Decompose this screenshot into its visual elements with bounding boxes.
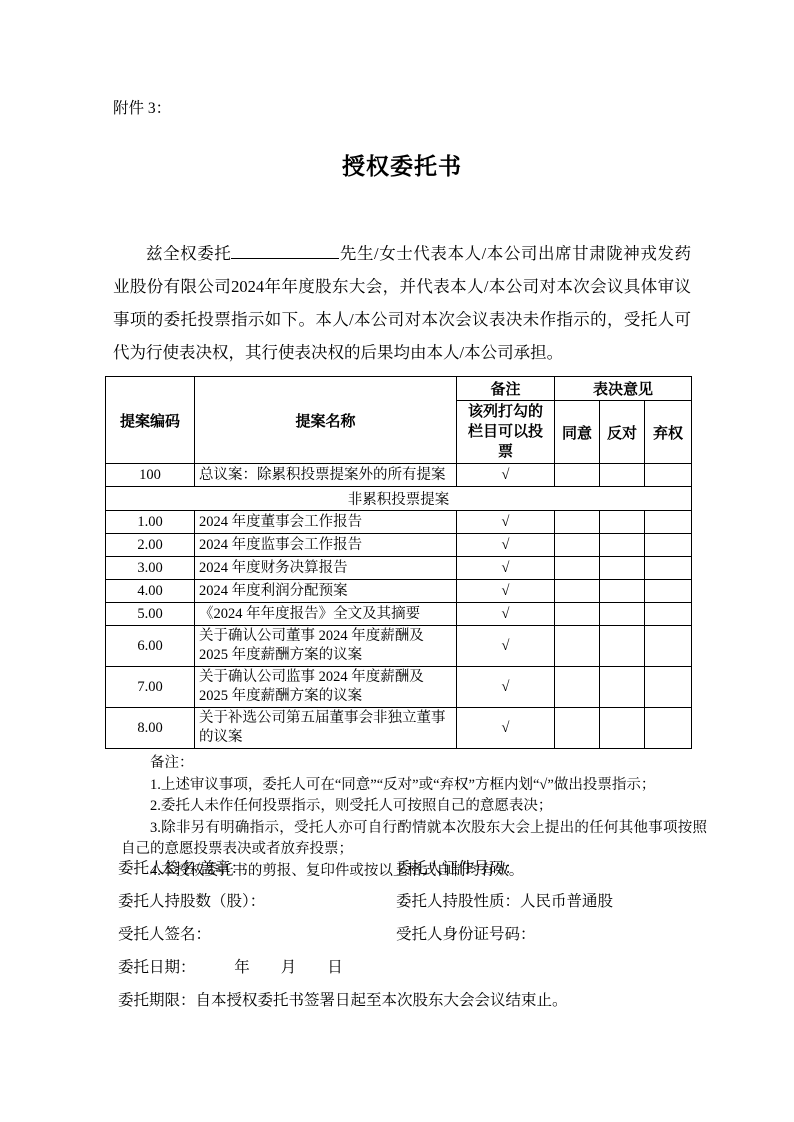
table-row: 5.00 《2024 年年度报告》全文及其摘要 √ <box>106 603 692 626</box>
remark-check-cell: √ <box>457 557 555 580</box>
signature-section: 委托人签名/盖章： 委托人证件号码： 委托人持股数（股）： 委托人持股性质：人民… <box>118 856 718 1021</box>
vote-abstain-cell <box>645 534 692 557</box>
header-proposal-code: 提案编码 <box>106 377 195 464</box>
table-row: 8.00 关于补选公司第五届董事会非独立董事的议案 √ <box>106 708 692 749</box>
vote-oppose-cell <box>600 464 645 487</box>
vote-oppose-cell <box>600 580 645 603</box>
vote-agree-cell <box>555 708 600 749</box>
proposal-code-cell: 3.00 <box>106 557 195 580</box>
proposal-name-cell: 关于确认公司董事 2024 年度薪酬及 2025 年度薪酬方案的议案 <box>195 626 457 667</box>
vote-abstain-cell <box>645 667 692 708</box>
proposal-code-cell: 4.00 <box>106 580 195 603</box>
header-proposal-name: 提案名称 <box>195 377 457 464</box>
header-agree: 同意 <box>555 401 600 464</box>
table-row: 4.00 2024 年度利润分配预案 √ <box>106 580 692 603</box>
proposal-name-cell: 关于补选公司第五届董事会非独立董事的议案 <box>195 708 457 749</box>
signature-row: 受托人签名： 受托人身份证号码： <box>118 922 718 942</box>
vote-abstain-cell <box>645 603 692 626</box>
vote-agree-cell <box>555 511 600 534</box>
table-row: 2.00 2024 年度监事会工作报告 √ <box>106 534 692 557</box>
principal-sign-label: 委托人签名/盖章： <box>118 856 396 876</box>
vote-abstain-cell <box>645 580 692 603</box>
proposal-table: 提案编码 提案名称 备注 表决意见 该列打勾的栏目可以投票 同意 反对 弃权 1… <box>105 376 692 749</box>
vote-abstain-cell <box>645 626 692 667</box>
remark-check-cell: √ <box>457 603 555 626</box>
table-row: 1.00 2024 年度董事会工作报告 √ <box>106 511 692 534</box>
vote-agree-cell <box>555 557 600 580</box>
remark-check-cell: √ <box>457 580 555 603</box>
header-oppose: 反对 <box>600 401 645 464</box>
proposal-name-cell: 2024 年度董事会工作报告 <box>195 511 457 534</box>
proxy-date-label: 委托日期： 年 月 日 <box>118 955 343 975</box>
vote-agree-cell <box>555 580 600 603</box>
header-abstain: 弃权 <box>645 401 692 464</box>
proposal-code-cell: 6.00 <box>106 626 195 667</box>
intro-paragraph: 兹全权委托先生/女士代表本人/本公司出席甘肃陇神戎发药业股份有限公司2024年年… <box>113 237 691 369</box>
proposal-name-cell: 关于确认公司监事 2024 年度薪酬及 2025 年度薪酬方案的议案 <box>195 667 457 708</box>
proposal-code-cell: 100 <box>106 464 195 487</box>
signature-row: 委托人签名/盖章： 委托人证件号码： <box>118 856 718 876</box>
vote-oppose-cell <box>600 667 645 708</box>
proposal-name-cell: 2024 年度监事会工作报告 <box>195 534 457 557</box>
note-item: 1.上述审议事项，委托人可在“同意”“反对”或“弃权”方框内划“√”做出投票指示… <box>121 775 707 797</box>
header-vote-opinion: 表决意见 <box>555 377 692 401</box>
vote-agree-cell <box>555 603 600 626</box>
vote-agree-cell <box>555 534 600 557</box>
trustee-id-label: 受托人身份证号码： <box>396 922 718 942</box>
proposal-code-cell: 1.00 <box>106 511 195 534</box>
vote-abstain-cell <box>645 511 692 534</box>
proposal-code-cell: 2.00 <box>106 534 195 557</box>
trustee-sign-label: 受托人签名： <box>118 922 396 942</box>
principal-share-type-label: 委托人持股性质：人民币普通股 <box>396 889 718 909</box>
note-item: 3.除非另有明确指示，受托人亦可自行酌情就本次股东大会上提出的任何其他事项按照自… <box>121 818 707 861</box>
table-row: 100 总议案：除累积投票提案外的所有提案 √ <box>106 464 692 487</box>
signature-row: 委托期限：自本授权委托书签署日起至本次股东大会会议结束止。 <box>118 988 718 1008</box>
document-body: 附件 3： 授权委托书 兹全权委托先生/女士代表本人/本公司出席甘肃陇神戎发药业… <box>113 96 691 882</box>
remark-check-cell: √ <box>457 464 555 487</box>
signature-row: 委托人持股数（股）： 委托人持股性质：人民币普通股 <box>118 889 718 909</box>
vote-agree-cell <box>555 464 600 487</box>
proposal-code-cell: 7.00 <box>106 667 195 708</box>
vote-abstain-cell <box>645 464 692 487</box>
vote-abstain-cell <box>645 557 692 580</box>
remark-check-cell: √ <box>457 667 555 708</box>
proposal-name-cell: 总议案：除累积投票提案外的所有提案 <box>195 464 457 487</box>
vote-abstain-cell <box>645 708 692 749</box>
intro-lead: 兹全权委托 <box>146 244 231 263</box>
note-item: 2.委托人未作任何投票指示，则受托人可按照自己的意愿表决； <box>121 796 707 818</box>
proxy-name-blank <box>231 243 339 260</box>
page-title: 授权委托书 <box>113 148 691 181</box>
proxy-term-label: 委托期限：自本授权委托书签署日起至本次股东大会会议结束止。 <box>118 988 568 1008</box>
remark-check-cell: √ <box>457 511 555 534</box>
proposal-name-cell: 2024 年度财务决算报告 <box>195 557 457 580</box>
vote-oppose-cell <box>600 511 645 534</box>
section-row-label: 非累积投票提案 <box>106 487 692 511</box>
vote-oppose-cell <box>600 557 645 580</box>
notes-label: 备注： <box>121 753 707 775</box>
table-row: 7.00 关于确认公司监事 2024 年度薪酬及 2025 年度薪酬方案的议案 … <box>106 667 692 708</box>
vote-oppose-cell <box>600 626 645 667</box>
remark-check-cell: √ <box>457 534 555 557</box>
remark-check-cell: √ <box>457 626 555 667</box>
remark-check-cell: √ <box>457 708 555 749</box>
vote-oppose-cell <box>600 534 645 557</box>
vote-agree-cell <box>555 667 600 708</box>
table-row: 3.00 2024 年度财务决算报告 √ <box>106 557 692 580</box>
proposal-code-cell: 5.00 <box>106 603 195 626</box>
principal-id-label: 委托人证件号码： <box>396 856 718 876</box>
document-page: { "page": { "attachment_label": "附件 3：",… <box>0 0 794 1122</box>
section-row: 非累积投票提案 <box>106 487 692 511</box>
header-remark: 备注 <box>457 377 555 401</box>
vote-oppose-cell <box>600 603 645 626</box>
proposal-name-cell: 2024 年度利润分配预案 <box>195 580 457 603</box>
vote-oppose-cell <box>600 708 645 749</box>
vote-agree-cell <box>555 626 600 667</box>
table-row: 6.00 关于确认公司董事 2024 年度薪酬及 2025 年度薪酬方案的议案 … <box>106 626 692 667</box>
header-remark-sub: 该列打勾的栏目可以投票 <box>457 401 555 464</box>
attachment-label: 附件 3： <box>113 96 691 118</box>
proposal-code-cell: 8.00 <box>106 708 195 749</box>
signature-row: 委托日期： 年 月 日 <box>118 955 718 975</box>
proposal-name-cell: 《2024 年年度报告》全文及其摘要 <box>195 603 457 626</box>
principal-shares-label: 委托人持股数（股）： <box>118 889 396 909</box>
